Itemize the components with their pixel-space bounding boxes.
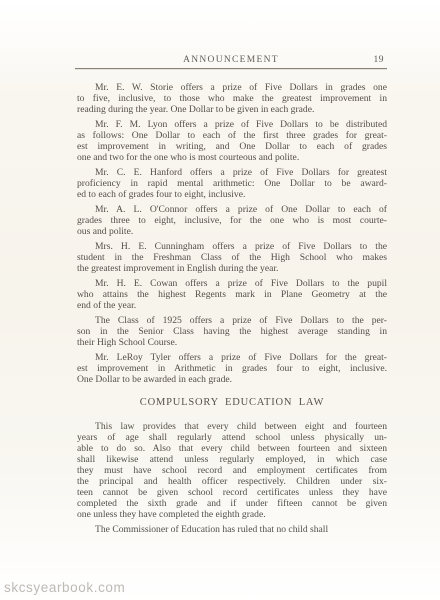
paragraph: Mrs. H. E. Cunningham offers a prize of …: [77, 241, 387, 274]
text-line: as follows: One Dollar to each of the fi…: [77, 130, 387, 141]
text-line: student in the Freshman Class of the Hig…: [77, 252, 387, 263]
text-line: who attains the highest Regents mark in …: [77, 289, 387, 300]
text-line: Mr. C. E. Hanford offers a prize of Five…: [77, 167, 387, 178]
paragraph: Mr. LeRoy Tyler offers a prize of Five D…: [77, 352, 387, 385]
page-content: Mr. E. W. Storie offers a prize of Five …: [77, 82, 387, 539]
text-line: ous and polite.: [77, 226, 387, 237]
paragraph: This law provides that every child betwe…: [77, 421, 387, 520]
text-line: completed the sixth grade and if under f…: [77, 498, 387, 509]
section-heading: COMPULSORY EDUCATION LAW: [77, 397, 387, 409]
text-line: son in the Senior Class having the highe…: [77, 326, 387, 337]
text-line: Mr. E. W. Storie offers a prize of Five …: [77, 82, 387, 93]
text-line: one and two for the one who is most cour…: [77, 152, 387, 163]
text-line: est improvement in writing, and One Doll…: [77, 141, 387, 152]
paragraph: Mr. F. M. Lyon offers a prize of Five Do…: [77, 119, 387, 163]
text-line: Mr. LeRoy Tyler offers a prize of Five D…: [77, 352, 387, 363]
text-line: Mrs. H. E. Cunningham offers a prize of …: [77, 241, 387, 252]
text-line: reading during the year. One Dollar to b…: [77, 104, 387, 115]
page-number: 19: [374, 55, 385, 65]
text-line: their High School Course.: [77, 337, 387, 348]
text-line: The Commissioner of Education has ruled …: [77, 524, 387, 535]
paragraph: Mr. A. L. O'Connor offers a prize of One…: [77, 204, 387, 237]
text-line: proficiency in rapid mental arithmetic: …: [77, 178, 387, 189]
text-line: shall likewise attend unless regularly e…: [77, 454, 387, 465]
paragraph: Mr. H. E. Cowan offers a prize of Five D…: [77, 278, 387, 311]
text-line: ed to each of grades four to eight, incl…: [77, 189, 387, 200]
paragraph: The Class of 1925 offers a prize of Five…: [77, 315, 387, 348]
text-line: teen cannot be given school record certi…: [77, 487, 387, 498]
text-line: The Class of 1925 offers a prize of Five…: [77, 315, 387, 326]
text-line: grades three to eight, inclusive, for th…: [77, 215, 387, 226]
text-line: est improvement in Arithmetic in grades …: [77, 363, 387, 374]
text-line: to five, inclusive, to those who make th…: [77, 93, 387, 104]
watermark: skcsyearbook.com: [4, 580, 125, 595]
text-line: able to do so. Also that every child bet…: [77, 443, 387, 454]
text-line: One Dollar to be awarded in each grade.: [77, 374, 387, 385]
text-line: end of the year.: [77, 300, 387, 311]
text-line: they must have school record and employm…: [77, 465, 387, 476]
text-line: Mr. A. L. O'Connor offers a prize of One…: [77, 204, 387, 215]
page-header: ANNOUNCEMENT 19: [75, 54, 387, 69]
paragraph: Mr. E. W. Storie offers a prize of Five …: [77, 82, 387, 115]
text-line: the greatest improvement in English duri…: [77, 263, 387, 274]
text-line: This law provides that every child betwe…: [77, 421, 387, 432]
scanned-book-page: ANNOUNCEMENT 19 Mr. E. W. Storie offers …: [0, 0, 440, 600]
text-line: Mr. F. M. Lyon offers a prize of Five Do…: [77, 119, 387, 130]
text-line: the principal and health officer respect…: [77, 476, 387, 487]
running-title: ANNOUNCEMENT: [75, 55, 387, 65]
paragraph: The Commissioner of Education has ruled …: [77, 524, 387, 535]
paragraph: Mr. C. E. Hanford offers a prize of Five…: [77, 167, 387, 200]
text-line: years of age shall regularly attend scho…: [77, 432, 387, 443]
text-line: Mr. H. E. Cowan offers a prize of Five D…: [77, 278, 387, 289]
text-line: one unless they have completed the eight…: [77, 509, 387, 520]
